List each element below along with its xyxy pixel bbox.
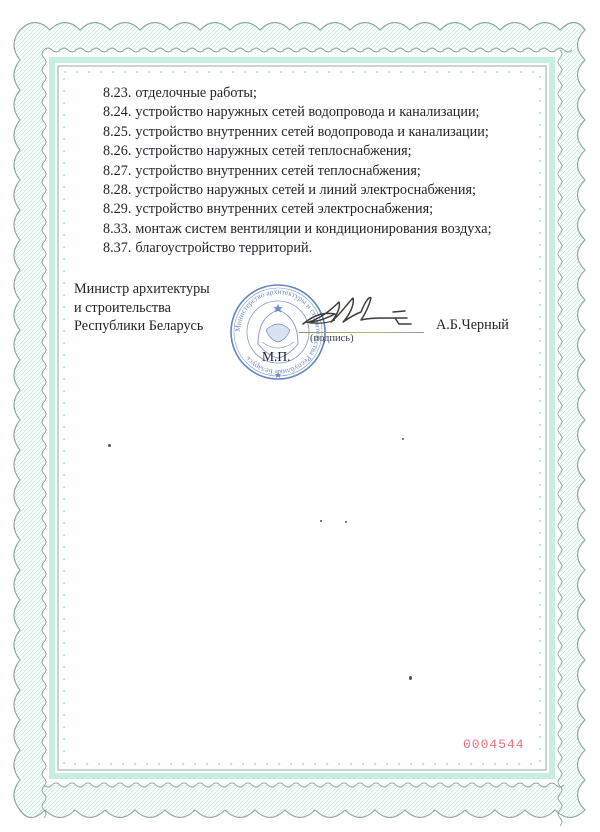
item-text: устройство внутренних сетей электроснабж… <box>135 201 433 217</box>
seal-label: М.П. <box>262 349 291 365</box>
list-item: 8.27.устройство внутренних сетей теплосн… <box>103 162 492 181</box>
item-number: 8.26. <box>103 143 131 159</box>
signatory-title: Министр архитектуры и строительства Респ… <box>74 280 210 336</box>
scan-speck <box>108 444 111 447</box>
signature-icon <box>295 288 425 332</box>
item-text: устройство наружных сетей и линий электр… <box>135 182 476 198</box>
item-number: 8.27. <box>103 163 131 179</box>
list-item: 8.26.устройство наружных сетей теплоснаб… <box>103 142 492 161</box>
signatory-title-line: Министр архитектуры <box>74 280 210 299</box>
scan-speck <box>345 521 347 523</box>
item-text: устройство внутренних сетей водопровода … <box>135 124 488 140</box>
signature-caption: (подпись) <box>310 333 354 344</box>
signatory-title-line: и строительства <box>74 299 210 318</box>
scan-speck <box>409 676 412 680</box>
item-number: 8.25. <box>103 124 131 140</box>
signatory-name: А.Б.Черный <box>436 317 509 334</box>
item-text: устройство внутренних сетей теплоснабжен… <box>135 163 421 179</box>
item-text: благоустройство территорий. <box>135 240 312 256</box>
item-number: 8.37. <box>103 240 131 256</box>
item-text: устройство наружных сетей теплоснабжения… <box>135 143 411 159</box>
item-number: 8.33. <box>103 221 131 237</box>
scan-speck <box>402 438 404 440</box>
list-item: 8.29.устройство внутренних сетей электро… <box>103 200 492 219</box>
item-number: 8.28. <box>103 182 131 198</box>
item-number: 8.29. <box>103 201 131 217</box>
serial-number: 0004544 <box>463 737 525 752</box>
item-number: 8.23. <box>103 85 131 101</box>
list-item: 8.33.монтаж систем вентиляции и кондицио… <box>103 220 492 239</box>
item-number: 8.24. <box>103 104 131 120</box>
list-item: 8.28.устройство наружных сетей и линий э… <box>103 181 492 200</box>
signatory-title-line: Республики Беларусь <box>74 317 210 336</box>
item-text: устройство наружных сетей водопровода и … <box>135 104 479 120</box>
certificate-page: 8.23.отделочные работы; 8.24.устройство … <box>0 0 600 832</box>
list-item: 8.24.устройство наружных сетей водопрово… <box>103 103 492 122</box>
list-item: 8.37.благоустройство территорий. <box>103 239 492 258</box>
work-types-list: 8.23.отделочные работы; 8.24.устройство … <box>103 84 492 259</box>
item-text: монтаж систем вентиляции и кондициониров… <box>135 221 491 237</box>
list-item: 8.23.отделочные работы; <box>103 84 492 103</box>
list-item: 8.25.устройство внутренних сетей водопро… <box>103 123 492 142</box>
item-text: отделочные работы; <box>135 85 257 101</box>
scan-speck <box>320 520 322 522</box>
